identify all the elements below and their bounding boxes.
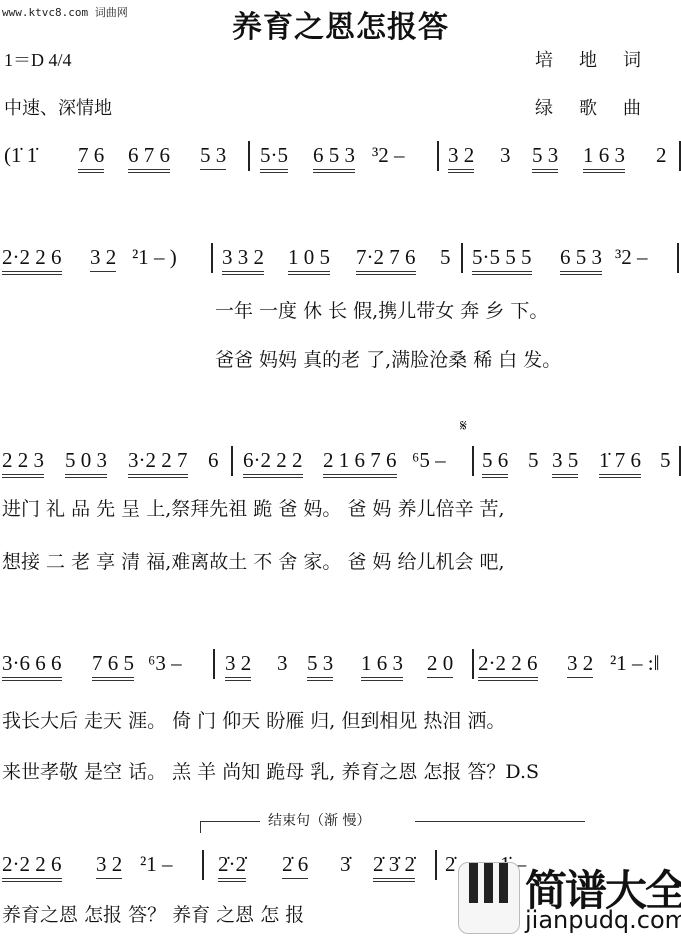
barline [213, 649, 215, 679]
barline [461, 243, 463, 273]
piano-logo-icon [458, 862, 520, 934]
notes-group: 2̇·2̇ [218, 852, 246, 882]
notes-group: 2·2 2 6 [2, 245, 62, 275]
notes-group: 5 [660, 448, 671, 473]
notes-group: 3 2 [567, 651, 593, 678]
segno-sign: 𝄋 [460, 418, 467, 436]
notes-group: 5 3 [307, 651, 333, 681]
notes-group: 1 0 5 [288, 245, 330, 275]
notes-group: 2 0 [427, 651, 453, 678]
notes-group: 5 [528, 448, 539, 473]
notes-group: 5·5 5 5 [472, 245, 532, 275]
notes-group: 7 6 [78, 143, 104, 173]
notes-group: 3 2 [90, 245, 116, 272]
notes-group: ³2 – [615, 245, 648, 270]
notes-group: 5 3 [200, 143, 226, 170]
notes-group: ⁶3 – [148, 651, 182, 676]
notes-group: 2·2 2 6 [2, 852, 62, 882]
notes-group: 5 0 3 [65, 448, 107, 478]
composer-credit: 绿歌曲 [535, 94, 667, 120]
score-line-3: 2 2 3 5 0 3 3·2 2 7 6 6·2 2 2 2 1 6 7 6 … [0, 448, 681, 478]
notes-group: 3 2 [96, 852, 122, 879]
lyric-line: 爸爸 妈妈 真的老 了,满脸沧桑 稀 白 发。 [215, 345, 561, 372]
song-title: 养育之恩怎报答 [0, 2, 681, 46]
notes-group: 2 1 6 7 6 [323, 448, 397, 478]
barline [435, 850, 437, 880]
barline [248, 141, 250, 171]
lyric-line: 我长大后 走天 涯。 倚 门 仰天 盼雁 归, 但到相见 热泪 洒。 [2, 706, 505, 733]
barline [679, 446, 681, 476]
notes-group: ⁶5 – [412, 448, 446, 473]
notes-group: 3 2 [448, 143, 474, 173]
lyricist-credit: 培地词 [535, 46, 667, 72]
score-line-2: 2·2 2 6 3 2 ²1 – ) 3 3 2 1 0 5 7·2 7 6 5… [0, 245, 681, 275]
barline [211, 243, 213, 273]
notes-group: 1 6 3 [361, 651, 403, 681]
lyric-line: 养育之恩 怎报 答？ 养育 之恩 怎 报 [2, 900, 304, 927]
ending-bracket-left [200, 821, 260, 822]
notes-group: 3̇ [340, 852, 351, 877]
lyric-line: 想接 二 老 享 清 福,难离故土 不 舍 家。 爸 妈 给儿机会 吧, [2, 547, 505, 574]
notes-group: 6·2 2 2 [243, 448, 303, 478]
barline [472, 649, 474, 679]
notes-group: 5·5 [260, 143, 288, 173]
notes-group: 7·2 7 6 [356, 245, 416, 275]
notes-group: ²1 – [140, 852, 173, 877]
tempo-marking: 中速、深情地 [4, 94, 112, 120]
score-line-4: 3·6 6 6 7 6 5 ⁶3 – 3 2 3 5 3 1 6 3 2 0 2… [0, 651, 681, 681]
notes-group: 3·2 2 7 [128, 448, 188, 478]
notes-group: 5 [440, 245, 451, 270]
ending-bracket-tick [200, 821, 201, 833]
barline [202, 850, 204, 880]
notes-group: 6 [208, 448, 219, 473]
notes-group: 6 7 6 [128, 143, 170, 173]
notes-group: 3 3 2 [222, 245, 264, 275]
notes-group: ³2 – [372, 143, 405, 168]
key-time-signature: 1＝D 4/4 [4, 46, 72, 72]
lyric-line: 一年 一度 休 长 假,携儿带女 奔 乡 下。 [215, 296, 548, 323]
notes-group: 3·6 6 6 [2, 651, 62, 681]
lyric-line: 进门 礼 品 先 呈 上,祭拜先祖 跪 爸 妈。 爸 妈 养儿倍辛 苦, [2, 494, 505, 521]
notes-group: ²1 – :‖ [610, 651, 660, 676]
notes-group: 2̇ 6 [282, 852, 308, 879]
notes-group: 3 [500, 143, 511, 168]
notes-group: 2·2 2 6 [478, 651, 538, 681]
notes-group: 7 6 5 [92, 651, 134, 681]
notes-group: ²1 – ) [132, 245, 177, 270]
barline [679, 141, 681, 171]
notes-group: 2 [656, 143, 667, 168]
barline [677, 243, 679, 273]
notes-group: 1̇ 7 6 [599, 448, 641, 478]
ending-bracket-right [415, 821, 585, 822]
notes-group: 3 2 [225, 651, 251, 681]
barline [231, 446, 233, 476]
barline [437, 141, 439, 171]
notes-group: 2̇ 3̇ 2̇ [373, 852, 415, 882]
lyric-line: 来世孝敬 是空 话。 羔 羊 尚知 跪母 乳, 养育之恩 怎报 答？D.S [2, 757, 539, 784]
barline [472, 446, 474, 476]
notes-group: 1 6 3 [583, 143, 625, 173]
notes-group: 5 6 [482, 448, 508, 478]
ending-label: 结束句（渐 慢） [268, 810, 370, 830]
notes-group: 5 3 [532, 143, 558, 173]
score-line-1: (1̇ 1̇ 7 6 6 7 6 5 3 5·5 6 5 3 ³2 – 3 2 … [0, 143, 681, 173]
notes-group: 3 [277, 651, 288, 676]
watermark-url: jianpudq.com [525, 906, 681, 934]
notes-group: 2 2 3 [2, 448, 44, 478]
notes-group: 3 5 [552, 448, 578, 478]
notes-group: 6 5 3 [560, 245, 602, 275]
notes-group: (1̇ 1̇ [4, 143, 37, 168]
notes-group: 6 5 3 [313, 143, 355, 173]
